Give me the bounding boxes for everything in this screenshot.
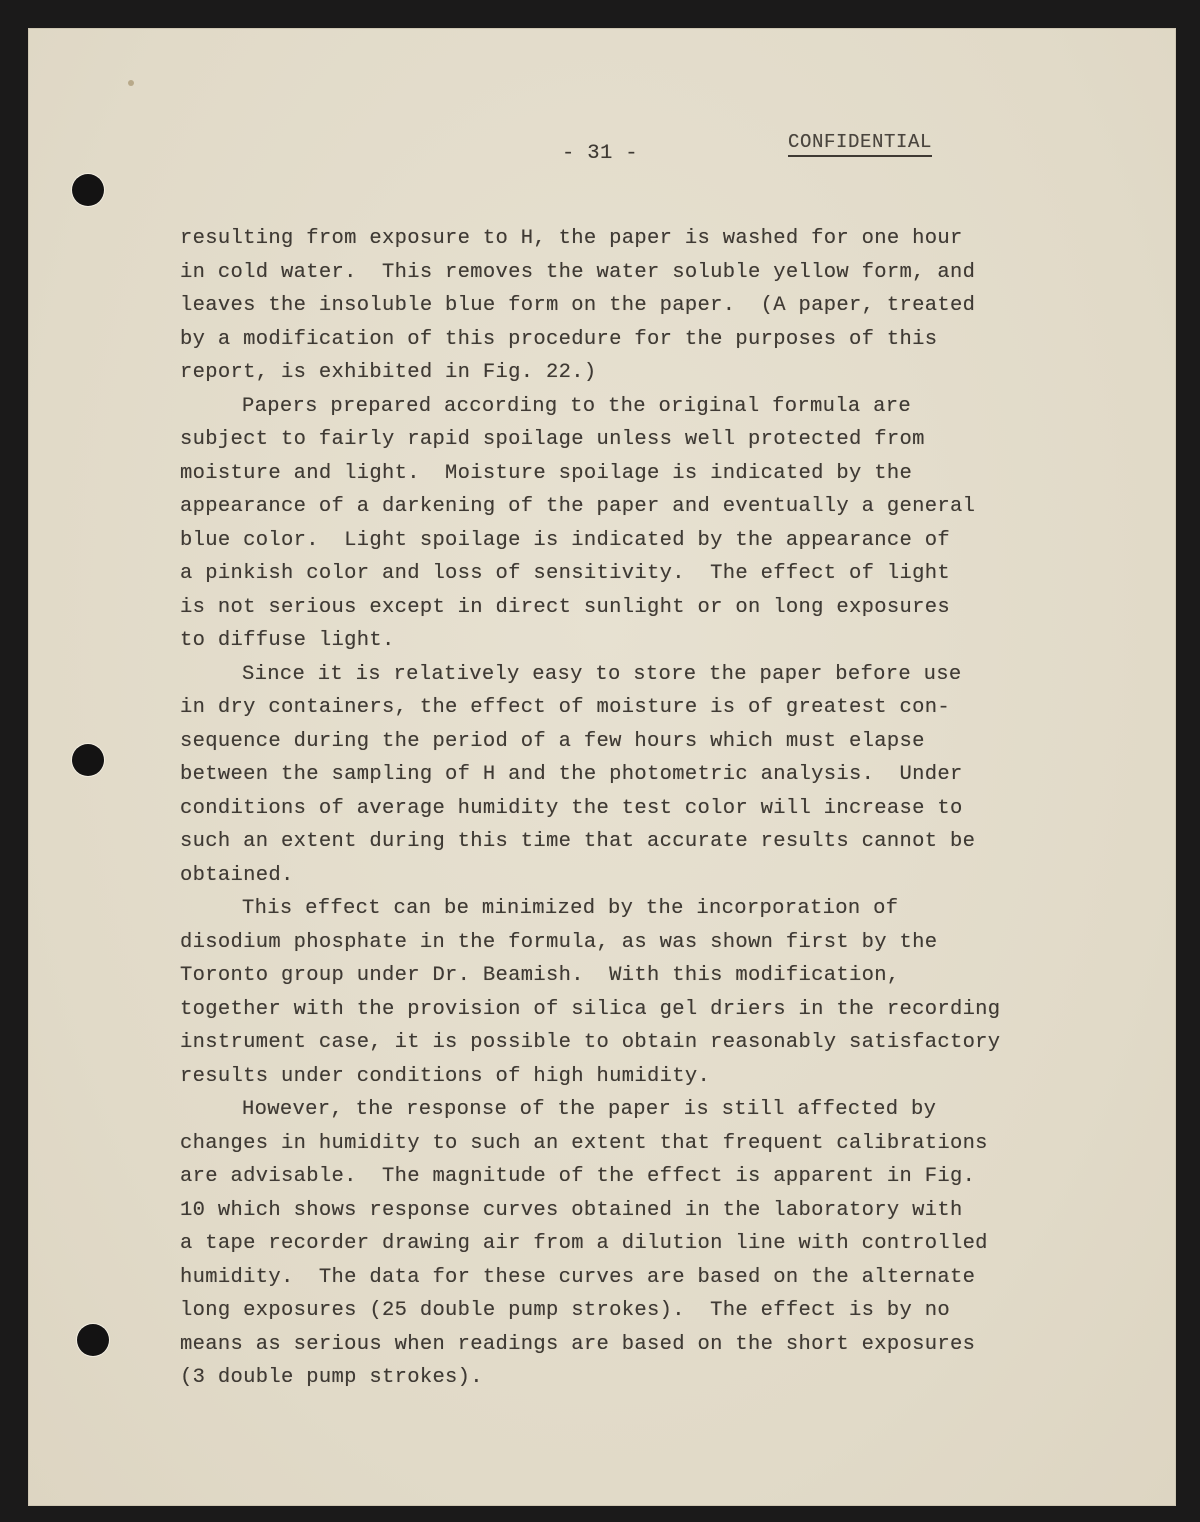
paragraph: resulting from exposure to H, the paper …: [180, 222, 1060, 390]
text-line: obtained.: [180, 859, 1060, 893]
paragraph: Since it is relatively easy to store the…: [180, 658, 1060, 893]
classification-label: CONFIDENTIAL: [788, 130, 932, 157]
text-line: changes in humidity to such an extent th…: [180, 1127, 1060, 1161]
text-line: long exposures (25 double pump strokes).…: [180, 1294, 1060, 1328]
text-line: together with the provision of silica ge…: [180, 993, 1060, 1027]
text-line: between the sampling of H and the photom…: [180, 758, 1060, 792]
text-line: subject to fairly rapid spoilage unless …: [180, 423, 1060, 457]
text-line: 10 which shows response curves obtained …: [180, 1194, 1060, 1228]
text-line: humidity. The data for these curves are …: [180, 1261, 1060, 1295]
punch-hole-top: [72, 174, 104, 206]
text-line: blue color. Light spoilage is indicated …: [180, 524, 1060, 558]
text-line: is not serious except in direct sunlight…: [180, 591, 1060, 625]
text-line: in cold water. This removes the water so…: [180, 256, 1060, 290]
paragraph: This effect can be minimized by the inco…: [180, 892, 1060, 1093]
punch-hole-middle: [72, 744, 104, 776]
text-line: moisture and light. Moisture spoilage is…: [180, 457, 1060, 491]
text-line: a pinkish color and loss of sensitivity.…: [180, 557, 1060, 591]
paragraph: Papers prepared according to the origina…: [180, 390, 1060, 658]
text-line: to diffuse light.: [180, 624, 1060, 658]
text-line: sequence during the period of a few hour…: [180, 725, 1060, 759]
text-line: conditions of average humidity the test …: [180, 792, 1060, 826]
body-text: resulting from exposure to H, the paper …: [180, 222, 1060, 1395]
text-line: resulting from exposure to H, the paper …: [180, 222, 1060, 256]
text-line: appearance of a darkening of the paper a…: [180, 490, 1060, 524]
text-line: means as serious when readings are based…: [180, 1328, 1060, 1362]
text-line: leaves the insoluble blue form on the pa…: [180, 289, 1060, 323]
text-line: (3 double pump strokes).: [180, 1361, 1060, 1395]
paragraph: However, the response of the paper is st…: [180, 1093, 1060, 1395]
text-line: Since it is relatively easy to store the…: [180, 658, 1060, 692]
text-line: However, the response of the paper is st…: [180, 1093, 1060, 1127]
text-line: by a modification of this procedure for …: [180, 323, 1060, 357]
text-line: in dry containers, the effect of moistur…: [180, 691, 1060, 725]
text-line: Toronto group under Dr. Beamish. With th…: [180, 959, 1060, 993]
text-line: Papers prepared according to the origina…: [180, 390, 1060, 424]
text-line: disodium phosphate in the formula, as wa…: [180, 926, 1060, 960]
paper-speck: [128, 80, 134, 86]
text-line: instrument case, it is possible to obtai…: [180, 1026, 1060, 1060]
punch-hole-bottom: [77, 1324, 109, 1356]
text-line: such an extent during this time that acc…: [180, 825, 1060, 859]
text-line: are advisable. The magnitude of the effe…: [180, 1160, 1060, 1194]
text-line: report, is exhibited in Fig. 22.): [180, 356, 1060, 390]
text-line: a tape recorder drawing air from a dilut…: [180, 1227, 1060, 1261]
page-number: - 31 -: [562, 142, 638, 165]
text-line: This effect can be minimized by the inco…: [180, 892, 1060, 926]
text-line: results under conditions of high humidit…: [180, 1060, 1060, 1094]
